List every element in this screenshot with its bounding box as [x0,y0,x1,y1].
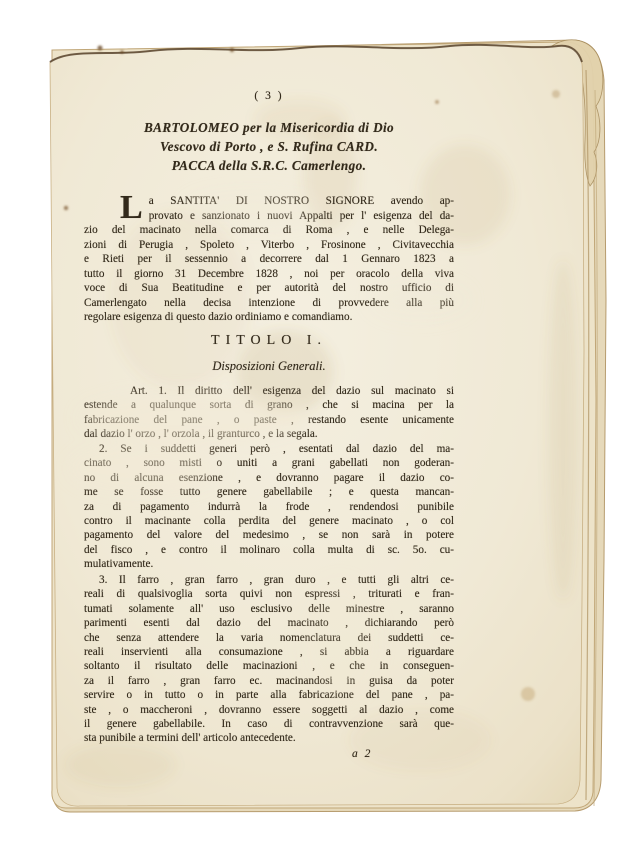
text-line: Art. 1. Il diritto dell' esigenza del da… [84,384,454,398]
page-number: ( 3 ) [84,90,454,102]
text-line: za il farro , gran farro ec. macinandosi… [84,674,454,688]
heading-line-3: PACCA della S.R.C. Camerlengo. [84,156,454,175]
text-line: estende a qualunque sorta di grano , che… [84,398,454,412]
text-line: fabricazione del pane , o paste , restan… [84,413,454,427]
text-line: 2. Se i suddetti generi però , esentati … [84,442,454,456]
text-line: regolare esigenza di questo dazio ordini… [84,310,454,325]
text-line: parimenti esenti dal dazio del macinato … [84,616,454,630]
heading-line-1: BARTOLOMEO per la Misericordia di Dio [84,118,454,137]
text-line: me se fosse tutto genere gabellabile ; e… [84,485,454,499]
text-line: no di alcuna esenzione , e dovranno paga… [84,471,454,485]
article-1-paragraph: Art. 1. Il diritto dell' esigenza del da… [84,384,454,442]
text-line: sta punibile a termini dell' articolo an… [84,731,454,745]
text-line: zio del macinato nella comarca di Roma ,… [84,223,454,238]
text-line: reali di qualsivoglia sorta quivi non es… [84,587,454,601]
signature-mark: a 2 [352,748,372,760]
text-line: tumati solamente all' uso esclusivo dell… [84,602,454,616]
text-line: contro il macinante colla perdita del ge… [84,514,454,528]
photograph-background: ( 3 ) BARTOLOMEO per la Misericordia di … [0,0,640,850]
text-line: 3. Il farro , gran farro , gran duro , e… [84,573,454,587]
text-line: za di pagamento indurrà la frode , rende… [84,500,454,514]
text-line: mulativamente. [84,557,454,571]
text-line: e Rieti per il sessennio a decorrere dal… [84,252,454,267]
preamble-paragraph: L a SANTITA' DI NOSTRO SIGNORE avendo ap… [84,194,454,325]
text-line: tutto il giorno 31 Decembre 1828 , noi p… [84,267,454,282]
text-line: del fisco , e contro il molinaro colla m… [84,543,454,557]
text-line: che senza attendere la varia nomenclatur… [84,631,454,645]
drop-cap: L [120,194,143,222]
text-line: reali inservienti alla consumazione , si… [84,645,454,659]
section-subtitle: Disposizioni Generali. [84,359,454,374]
page-content: ( 3 ) BARTOLOMEO per la Misericordia di … [84,0,454,850]
text-line: soltanto il risultato delle macinazioni … [84,659,454,673]
text-line: il genere gabellabile. In caso di contra… [84,717,454,731]
text-line: pagamento del valore del medesimo , se n… [84,528,454,542]
article-2-paragraph: 2. Se i suddetti generi però , esentati … [84,442,454,572]
text-line: dal dazio l' orzo , l' orzola , il grant… [84,427,454,441]
text-line: zioni di Perugia , Spoleto , Viterbo , F… [84,238,454,253]
article-3-paragraph: 3. Il farro , gran farro , gran duro , e… [84,573,454,746]
text-line: cinato , sono misti o uniti a grani gabe… [84,456,454,470]
text-line: servire o in tutto o in parte alla fabri… [84,688,454,702]
text-line: ste , o maccheroni , dovranno essere sog… [84,703,454,717]
section-title: TITOLO I. [84,333,454,349]
heading-line-2: Vescovo di Porto , e S. Rufina CARD. [84,137,454,156]
text-line: voce di Sua Beatitudine e per autorità d… [84,281,454,296]
document-heading: BARTOLOMEO per la Misericordia di Dio Ve… [84,118,454,175]
text-line: Camerlengato nella decisa intenzione di … [84,296,454,311]
